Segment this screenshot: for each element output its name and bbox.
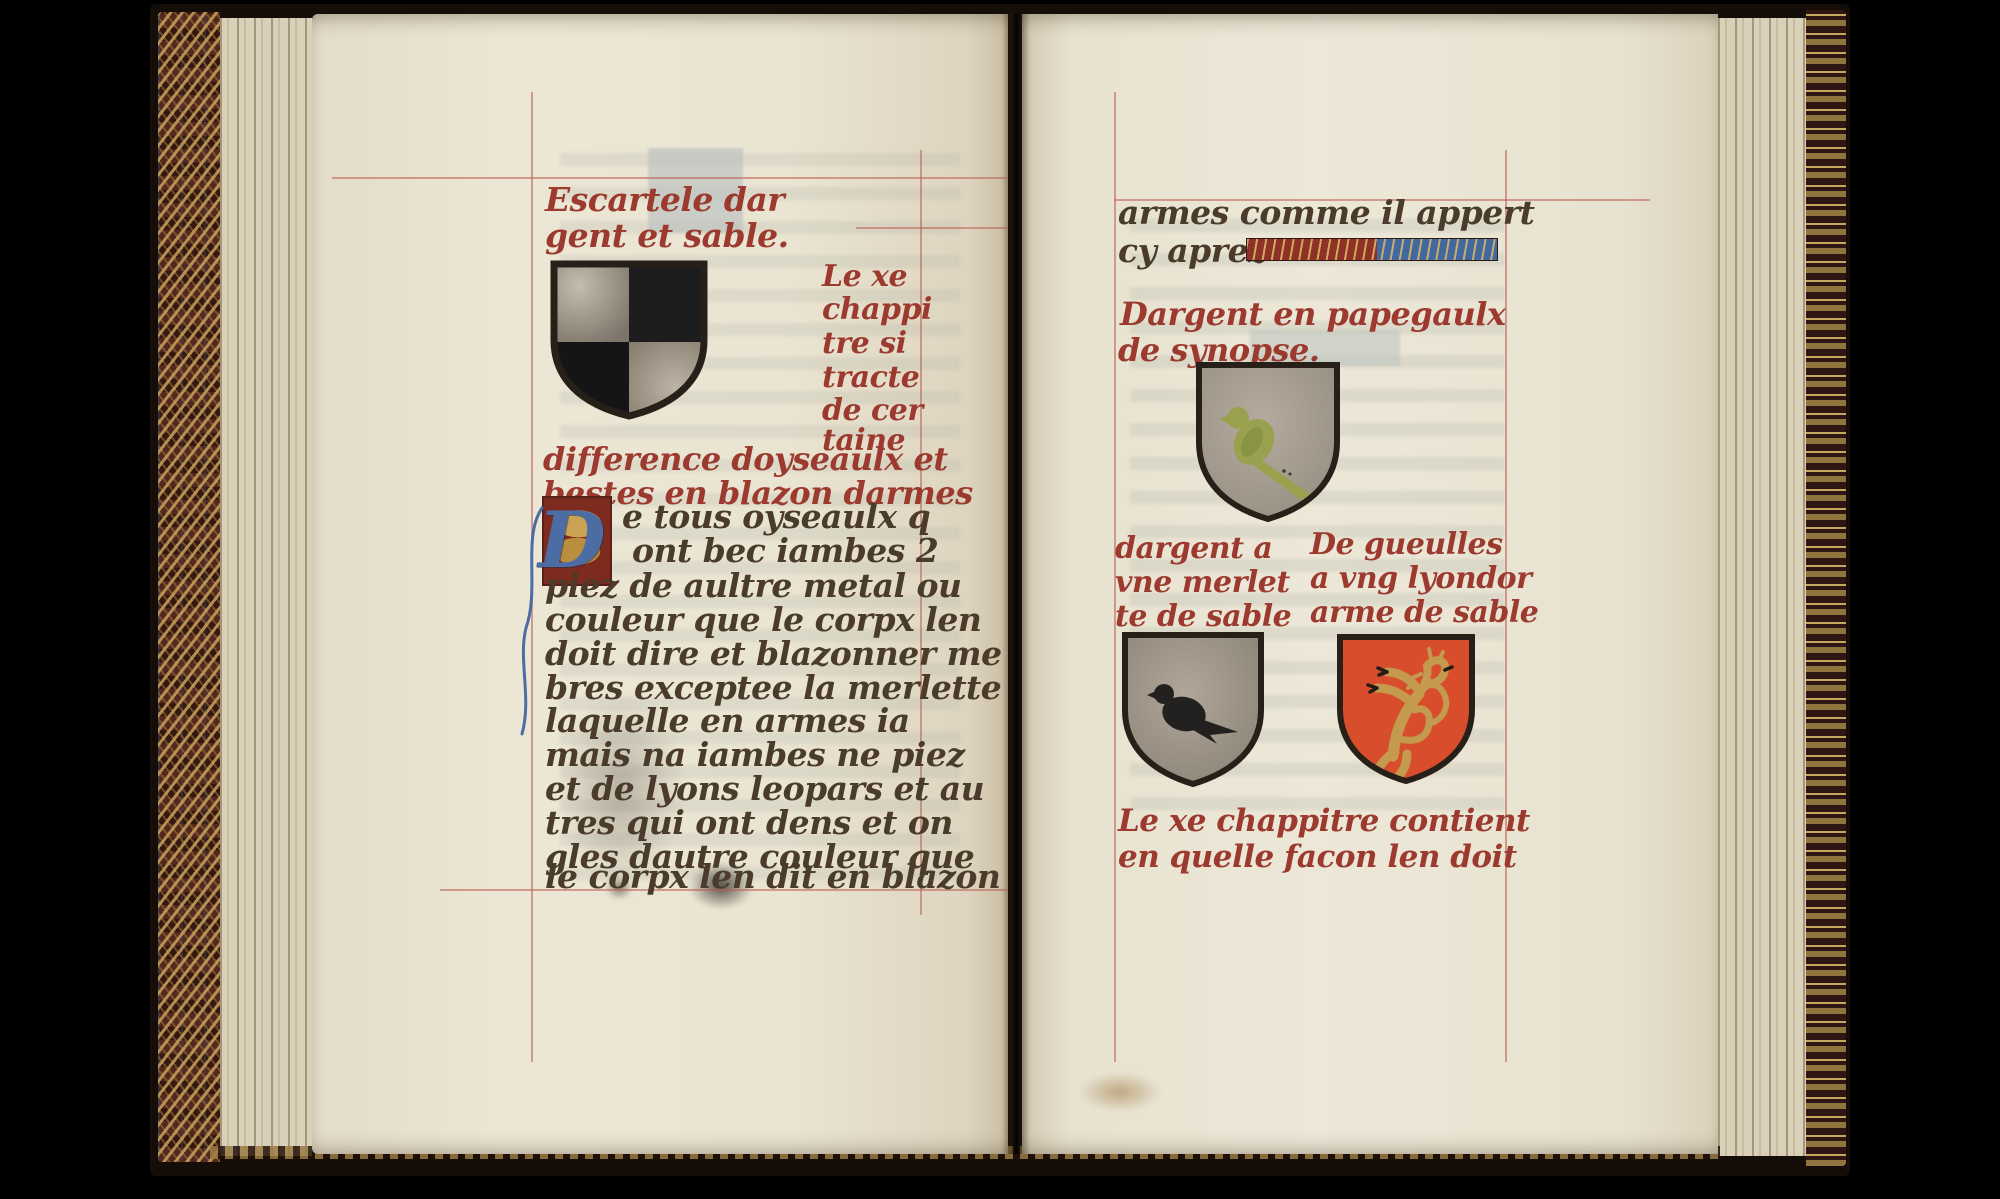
body-line: bres exceptee la merlette <box>545 671 1001 704</box>
marbled-fore-edge <box>158 12 220 1162</box>
body-line: le corpx len dit en blazon <box>545 860 1000 893</box>
rubric-line: Dargent en papegaulx <box>1120 298 1505 330</box>
gilt-tooled-edge <box>1806 10 1846 1166</box>
body-line: et de lyons leopars et au <box>545 772 984 805</box>
caption-line: vne merlet <box>1115 568 1290 598</box>
rubric-heading-line: Escartele dar <box>545 183 784 216</box>
argent-merlette-sable-shield <box>1118 628 1268 792</box>
rubric-line: difference doyseaulx et <box>543 443 948 475</box>
body-line: ont bec iambes 2 <box>632 534 938 567</box>
caption-line: De gueulles <box>1310 530 1503 560</box>
open-book <box>150 4 1850 1176</box>
rubric-heading-line: gent et sable. <box>545 219 789 252</box>
body-line: e tous oyseaulx q <box>622 500 930 533</box>
caption-line: dargent a <box>1115 534 1272 564</box>
body-line: doit dire et blazonner me <box>545 637 1002 670</box>
closing-rubric-line: en quelle facon len doit <box>1118 842 1517 873</box>
body-line: mais na iambes ne piez <box>545 738 965 771</box>
body-line: laquelle en armes ia <box>545 704 910 737</box>
gules-lion-rampant-or-shield <box>1333 630 1479 788</box>
book-gutter <box>1002 14 1030 1154</box>
body-line: couleur que le corpx len <box>545 603 981 636</box>
chapter-aside-line: tre si <box>822 329 906 359</box>
caption-line: a vng lyondor <box>1310 564 1532 594</box>
page-edges-left <box>220 18 312 1156</box>
chapter-aside-line: tracte <box>822 363 919 393</box>
body-line: tres qui ont dens et on <box>545 806 953 839</box>
argent-parrot-vert-shield <box>1192 358 1344 528</box>
red-blue-gold-line-filler-ornament <box>1246 238 1498 261</box>
quarterly-argent-sable-shield <box>546 256 712 424</box>
closing-rubric-line: Le xe chappitre contient <box>1118 806 1530 837</box>
intro-line: cy aprez <box>1118 234 1266 267</box>
body-line: piez de aultre metal ou <box>545 569 962 602</box>
caption-line: arme de sable <box>1310 598 1538 628</box>
ruling-line <box>856 227 1008 229</box>
chapter-aside-line: de cer <box>822 396 923 426</box>
stain <box>1078 1072 1162 1112</box>
intro-line: armes comme il appert <box>1118 196 1534 229</box>
manuscript-photograph: { "palette": { "background": "#000000", … <box>0 0 2000 1199</box>
page-edges-right <box>1718 18 1806 1156</box>
chapter-aside-line: chappi <box>822 295 932 325</box>
ruling-line <box>332 177 1008 179</box>
chapter-aside-line: Le xe <box>822 262 907 292</box>
